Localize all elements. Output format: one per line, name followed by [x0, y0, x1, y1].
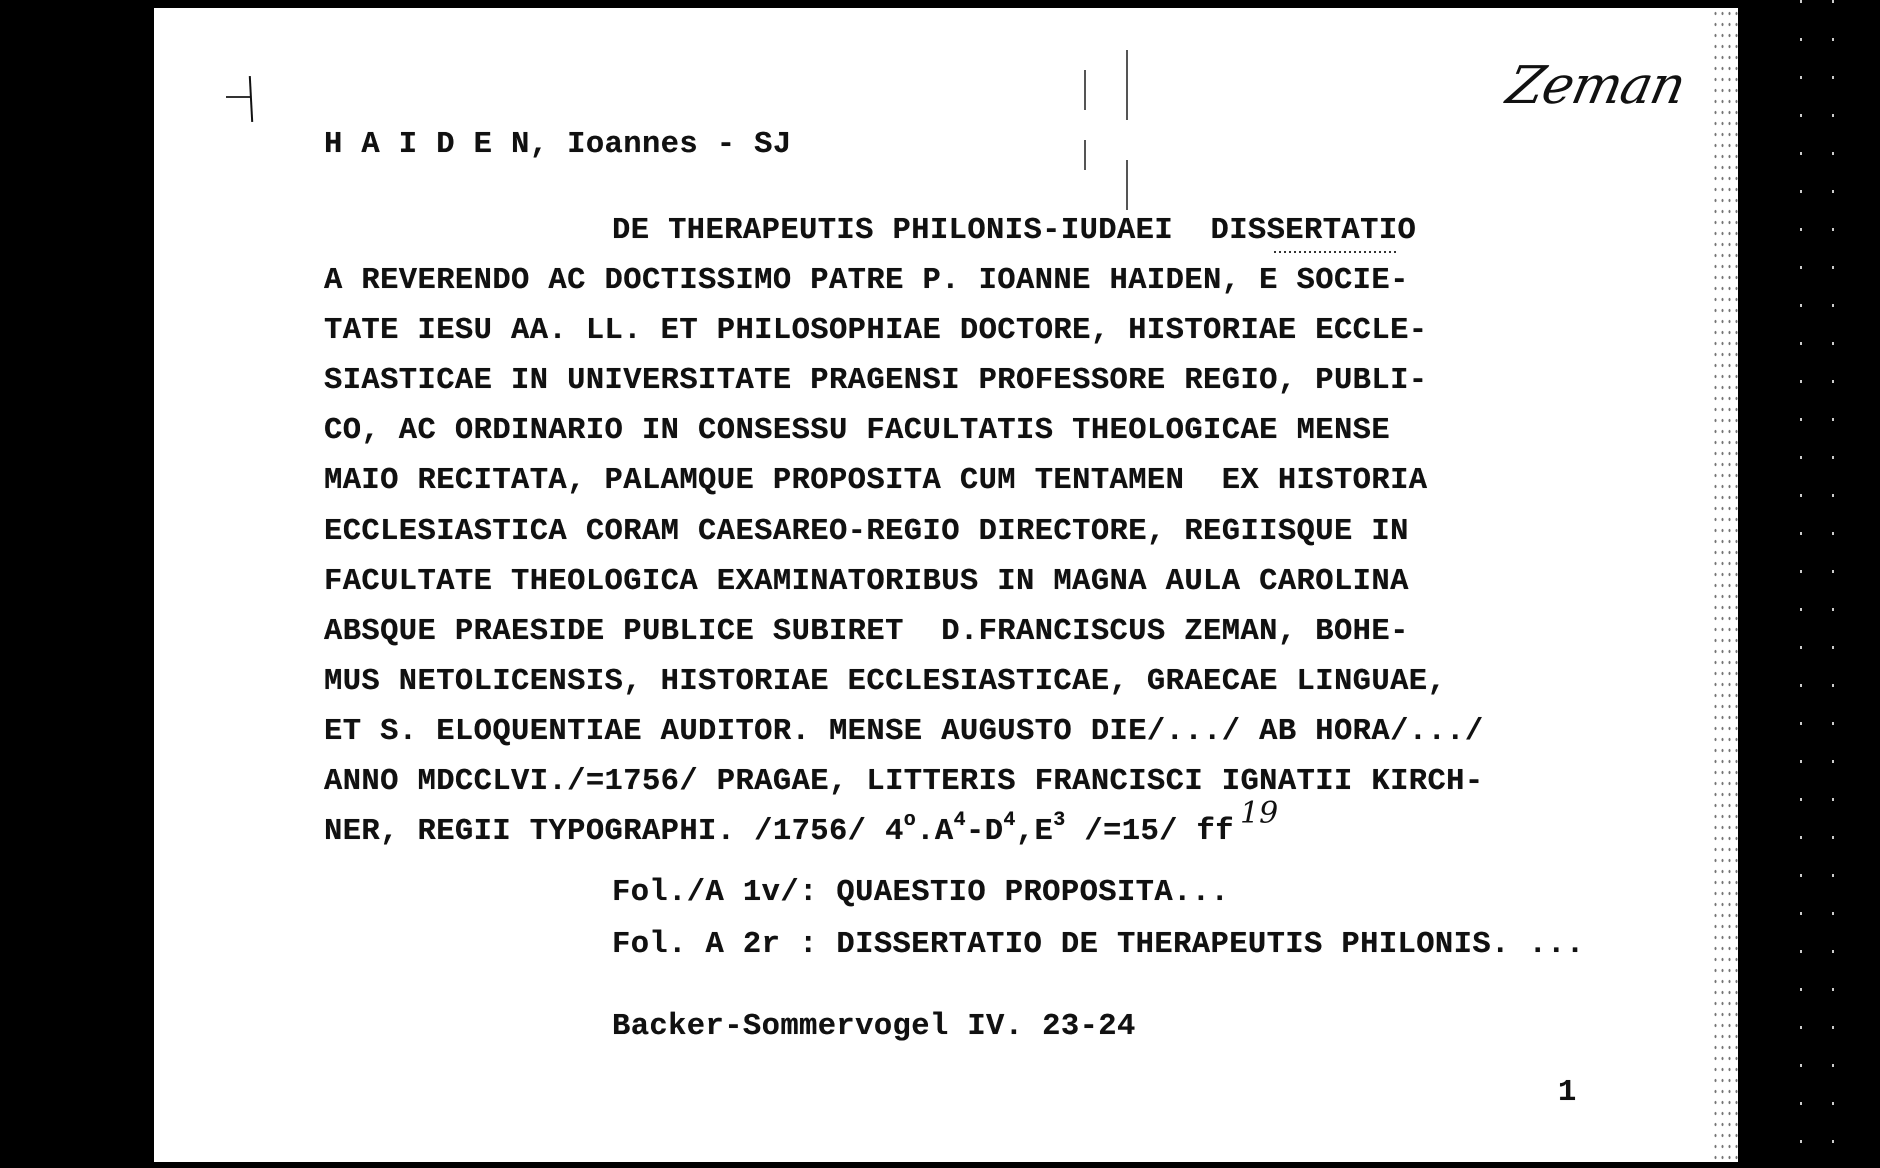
author-heading: H A I D E N, Ioannes - SJ — [324, 130, 792, 161]
collation-line: NER, REGII TYPOGRAPHI. /1756/ 4o.A4-D4,E… — [324, 817, 1234, 848]
film-strip-marks — [1800, 0, 1802, 1168]
folio-line: Fol./A 1v/: QUAESTIO PROPOSITA... — [612, 878, 1229, 909]
body-line: ANNO MDCCLVI./=1756/ PRAGAE, LITTERIS FR… — [324, 767, 1484, 798]
body-line: A REVERENDO AC DOCTISSIMO PATRE P. IOANN… — [324, 266, 1409, 297]
page-number: 1 — [1558, 1078, 1577, 1109]
body-line: FACULTATE THEOLOGICA EXAMINATORIBUS IN M… — [324, 567, 1409, 598]
body-line: ABSQUE PRAESIDE PUBLICE SUBIRET D.FRANCI… — [324, 617, 1409, 648]
film-strip-marks — [1832, 0, 1834, 1168]
body-line: TATE IESU AA. LL. ET PHILOSOPHIAE DOCTOR… — [324, 316, 1427, 347]
margin-mark-icon — [226, 76, 256, 122]
folio-line: Fol. A 2r : DISSERTATIO DE THERAPEUTIS P… — [612, 930, 1585, 961]
title-underline — [1274, 251, 1396, 253]
body-line: ET S. ELOQUENTIAE AUDITOR. MENSE AUGUSTO… — [324, 717, 1484, 748]
scan-edge-noise — [1712, 8, 1738, 1162]
handwritten-correction: 19 — [1240, 796, 1278, 831]
reference-citation: Backer-Sommervogel IV. 23-24 — [612, 1012, 1136, 1043]
body-line: ECCLESIASTICA CORAM CAESAREO-REGIO DIREC… — [324, 517, 1409, 548]
handwritten-name: Zeman — [1502, 56, 1690, 116]
title-line: DE THERAPEUTIS PHILONIS-IUDAEI DISSERTAT… — [612, 216, 1416, 247]
body-line: MUS NETOLICENSIS, HISTORIAE ECCLESIASTIC… — [324, 667, 1446, 698]
pencil-marks — [1080, 10, 1140, 210]
body-line: SIASTICAE IN UNIVERSITATE PRAGENSI PROFE… — [324, 366, 1427, 397]
body-line: MAIO RECITATA, PALAMQUE PROPOSITA CUM TE… — [324, 466, 1427, 497]
body-line: CO, AC ORDINARIO IN CONSESSU FACULTATIS … — [324, 416, 1390, 447]
